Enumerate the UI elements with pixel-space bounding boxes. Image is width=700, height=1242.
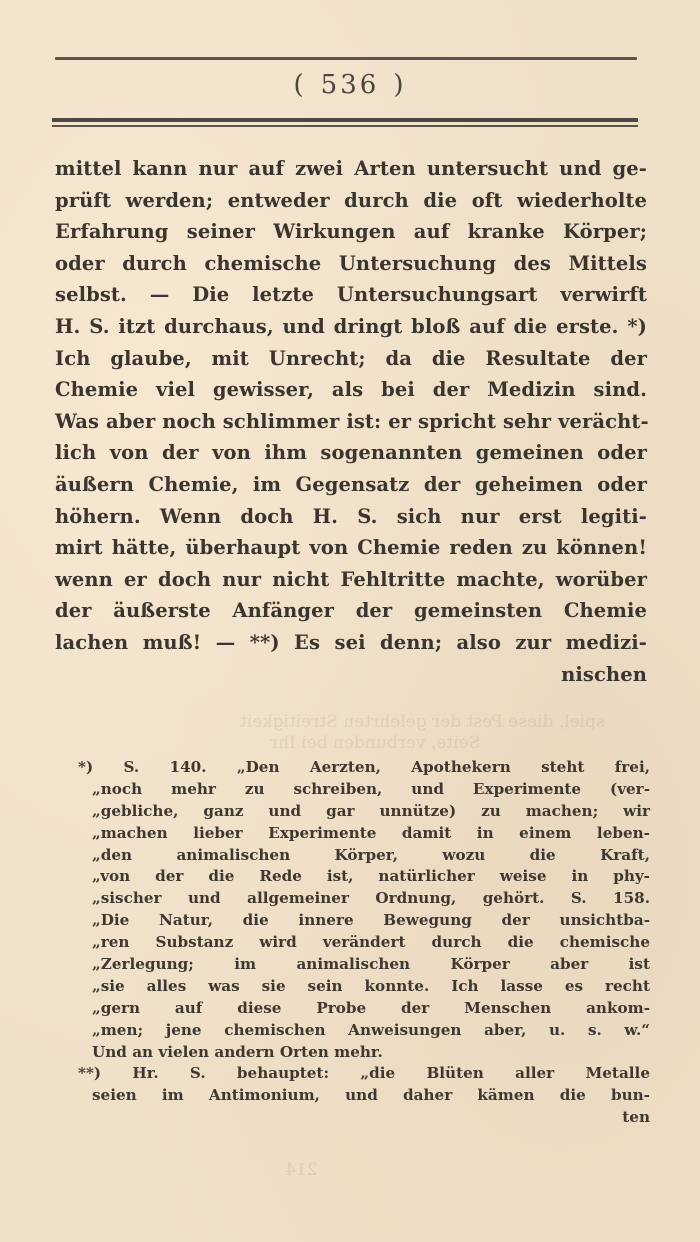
footnote-2-line: seien im Antimonium, und daher kämen die…: [78, 1085, 650, 1107]
footnote-1-line: „den animalischen Körper, wozu die Kraft…: [78, 845, 650, 867]
bleed-through-text: spiel, diese Pest der gelehrten Streitig…: [240, 712, 605, 732]
bleed-through-page-number: 214: [285, 1160, 317, 1180]
page-number-value: 536: [321, 70, 380, 100]
footnote-1-line: „ren Substanz wird verändert durch die c…: [78, 932, 650, 954]
catchword: ten: [78, 1107, 650, 1129]
text-line: äußern Chemie, im Gegensatz der geheimen…: [55, 469, 647, 501]
footnote-1-line: „gern auf diese Probe der Menschen ankom…: [78, 998, 650, 1020]
footnote-1-line: *) S. 140. „Den Aerzten, Apothekern steh…: [78, 757, 650, 779]
text-line: prüft werden; entweder durch die oft wie…: [55, 185, 647, 217]
bleed-through-text: Seite, verbunden bei Ihr: [270, 733, 480, 753]
text-line: mirt hätte, überhaupt von Chemie reden z…: [55, 532, 647, 564]
text-line: mittel kann nur auf zwei Arten untersuch…: [55, 153, 647, 185]
text-line: Ich glaube, mit Unrecht; da die Resultat…: [55, 343, 647, 375]
page-number-open-paren: (: [294, 70, 307, 100]
header-rule: [55, 57, 637, 60]
footnote-1-line: „noch mehr zu schreiben, und Experimente…: [78, 779, 650, 801]
book-page: spiel, diese Pest der gelehrten Streitig…: [0, 0, 700, 1242]
footnote-1-line: „men; jene chemischen Anweisungen aber, …: [78, 1020, 650, 1042]
text-line: wenn er doch nur nicht Fehltritte machte…: [55, 564, 647, 596]
footnote-1-line: „machen lieber Experimente damit in eine…: [78, 823, 650, 845]
rule-thick: [52, 118, 638, 122]
text-line: Erfahrung seiner Wirkungen auf kranke Kö…: [55, 216, 647, 248]
text-line: Chemie viel gewisser, als bei der Medizi…: [55, 374, 647, 406]
footnote-1-line: Und an vielen andern Orten mehr.: [78, 1042, 650, 1064]
text-line: Was aber noch schlimmer ist: er spricht …: [55, 406, 647, 438]
footnote-1-line: „gebliche, ganz und gar unnütze) zu mach…: [78, 801, 650, 823]
footnote-1-line: „sischer und allgemeiner Ordnung, gehört…: [78, 888, 650, 910]
main-text-block: mittel kann nur auf zwei Arten untersuch…: [55, 153, 647, 690]
text-line: oder durch chemische Untersuchung des Mi…: [55, 248, 647, 280]
footnote-1-line: „Die Natur, die innere Bewegung der unsi…: [78, 910, 650, 932]
footnote-2-line: **) Hr. S. behauptet: „die Blüten aller …: [78, 1063, 650, 1085]
text-line: der äußerste Anfänger der gemeinsten Che…: [55, 595, 647, 627]
text-line: lich von der von ihm sogenannten gemeine…: [55, 437, 647, 469]
footnote-1-line: „Zerlegung; im animalischen Körper aber …: [78, 954, 650, 976]
page-number: (536): [0, 70, 700, 100]
footnote-1-line: „sie alles was sie sein konnte. Ich lass…: [78, 976, 650, 998]
footnote-1-line: „von der die Rede ist, natürlicher weise…: [78, 866, 650, 888]
text-line: höhern. Wenn doch H. S. sich nur erst le…: [55, 501, 647, 533]
header-double-rule: [52, 118, 638, 128]
text-line-continuation: nischen: [55, 659, 647, 691]
text-line: selbst. — Die letzte Untersuchungsart ve…: [55, 279, 647, 311]
text-line: lachen muß! — **) Es sei denn; also zur …: [55, 627, 647, 659]
page-number-close-paren: ): [393, 70, 406, 100]
rule-thin: [52, 125, 638, 127]
footnotes-block: *) S. 140. „Den Aerzten, Apothekern steh…: [78, 757, 650, 1129]
text-line: H. S. itzt durchaus, und dringt bloß auf…: [55, 311, 647, 343]
